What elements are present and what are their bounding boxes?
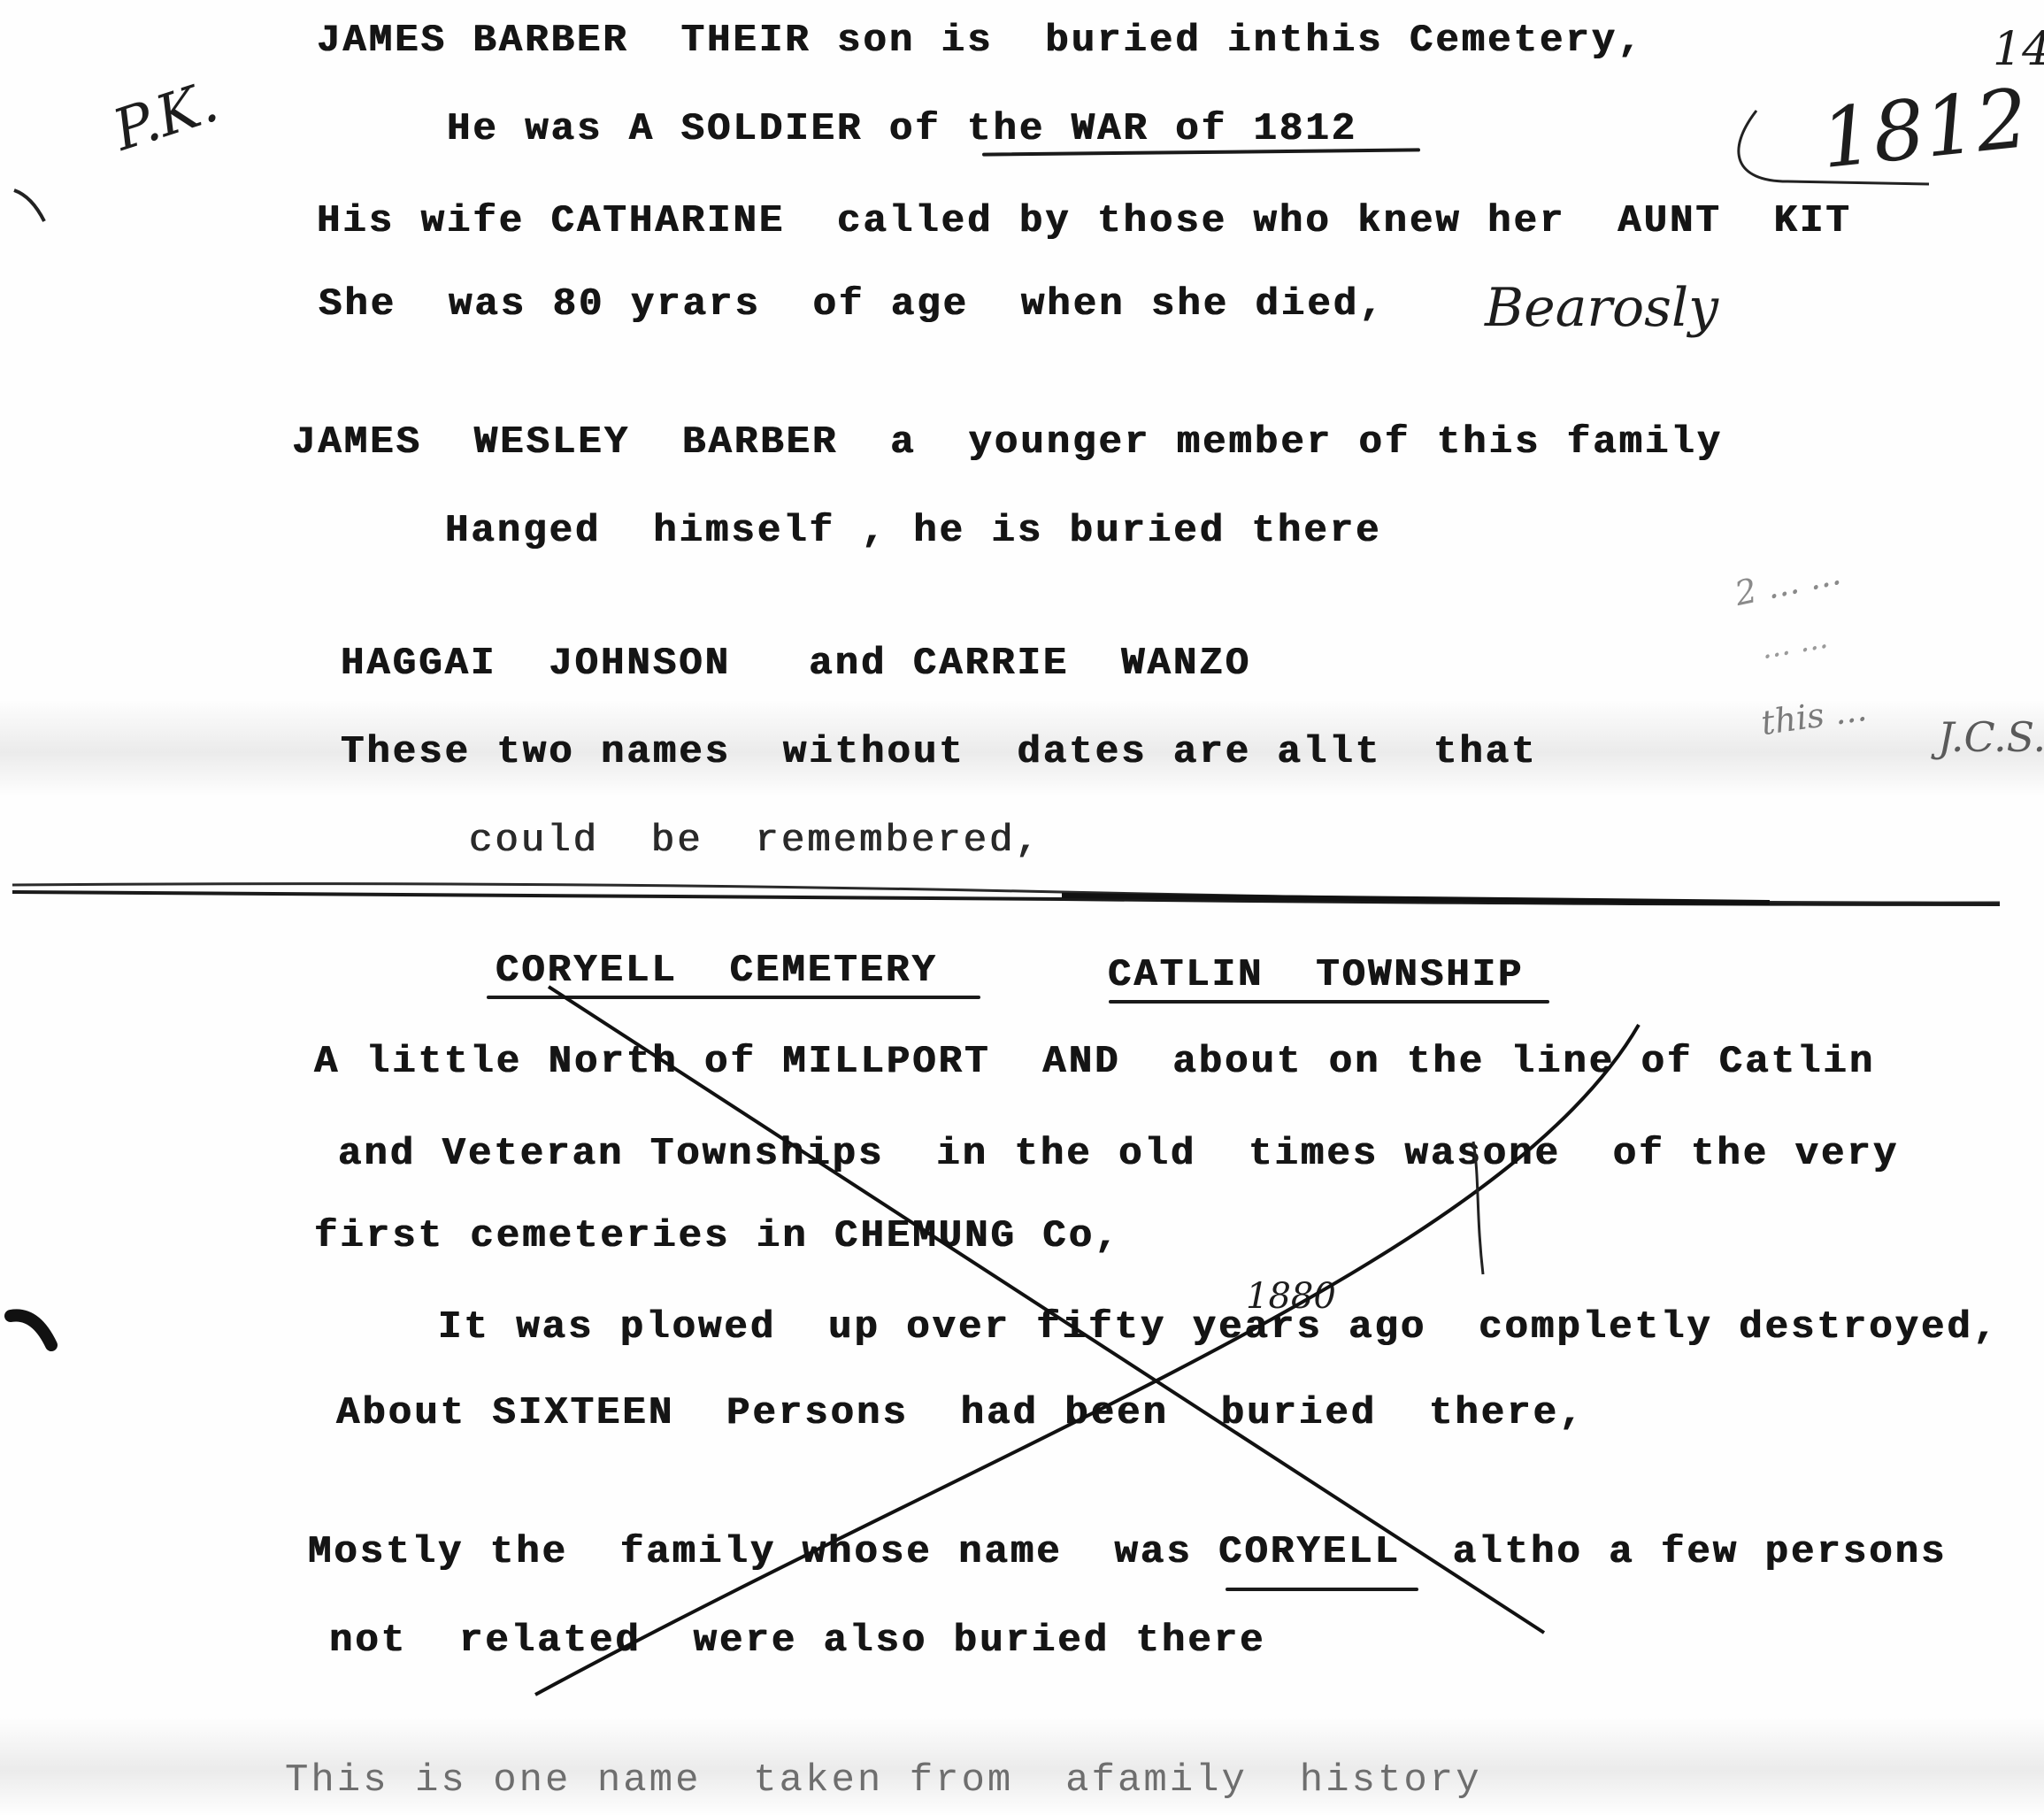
scanned-document-page: P.K. 14 1812 Bearosly 2 ... ... ... ... … bbox=[0, 0, 2044, 1815]
heading-underline-right bbox=[1109, 1000, 1549, 1004]
text-line: It was plowed up over fifty years ago co… bbox=[438, 1308, 1999, 1347]
text-line: She was 80 yrars of age when she died, bbox=[319, 285, 1386, 324]
text-line: not related were also buried there bbox=[329, 1621, 1266, 1660]
text-line: He was A SOLDIER of the WAR of 1812 bbox=[447, 110, 1357, 149]
handwritten-circled-year: 1812 bbox=[1817, 78, 2032, 181]
text-line: A little North of MILLPORT AND about on … bbox=[314, 1042, 1875, 1081]
text-line: Hanged himself , he is buried there bbox=[445, 511, 1382, 550]
text-line: HAGGAI JOHNSON and CARRIE WANZO bbox=[341, 644, 1251, 683]
text-line: His wife CATHARINE called by those who k… bbox=[317, 202, 1852, 241]
handwritten-faint-note: this ... bbox=[1759, 692, 1869, 740]
handwritten-faint-note: ... ... bbox=[1759, 623, 1830, 665]
section-heading-left: CORYELL CEMETERY bbox=[496, 951, 938, 990]
text-line: These two names without dates are allt t… bbox=[341, 733, 1538, 772]
handwritten-initials-jcs: J.C.S. bbox=[1938, 717, 2044, 758]
text-line: About SIXTEEN Persons had been buried th… bbox=[336, 1394, 1585, 1433]
footer-text-line: This is one name taken from afamily hist… bbox=[285, 1761, 1482, 1800]
handwritten-page-number: 14 bbox=[1993, 27, 2044, 73]
text-line: could be remembered, bbox=[469, 821, 1041, 860]
underline-coryell bbox=[1226, 1588, 1418, 1591]
handwritten-faint-note: 2 ... ... bbox=[1732, 556, 1843, 611]
text-line: JAMES BARBER THEIR son is buried inthis … bbox=[317, 21, 1644, 60]
text-line: first cemeteries in CHEMUNG Co, bbox=[314, 1217, 1121, 1256]
handwritten-name-bearosly: Bearosly bbox=[1485, 281, 1718, 335]
section-heading-right: CATLIN TOWNSHIP bbox=[1108, 956, 1524, 995]
text-line: and Veteran Townships in the old times w… bbox=[338, 1134, 1899, 1173]
heading-underline-left bbox=[487, 996, 980, 999]
handwritten-initials-pk: P.K. bbox=[107, 73, 225, 160]
text-line: Mostly the family whose name was CORYELL… bbox=[308, 1533, 1947, 1572]
text-line: JAMES WESLEY BARBER a younger member of … bbox=[292, 423, 1723, 462]
